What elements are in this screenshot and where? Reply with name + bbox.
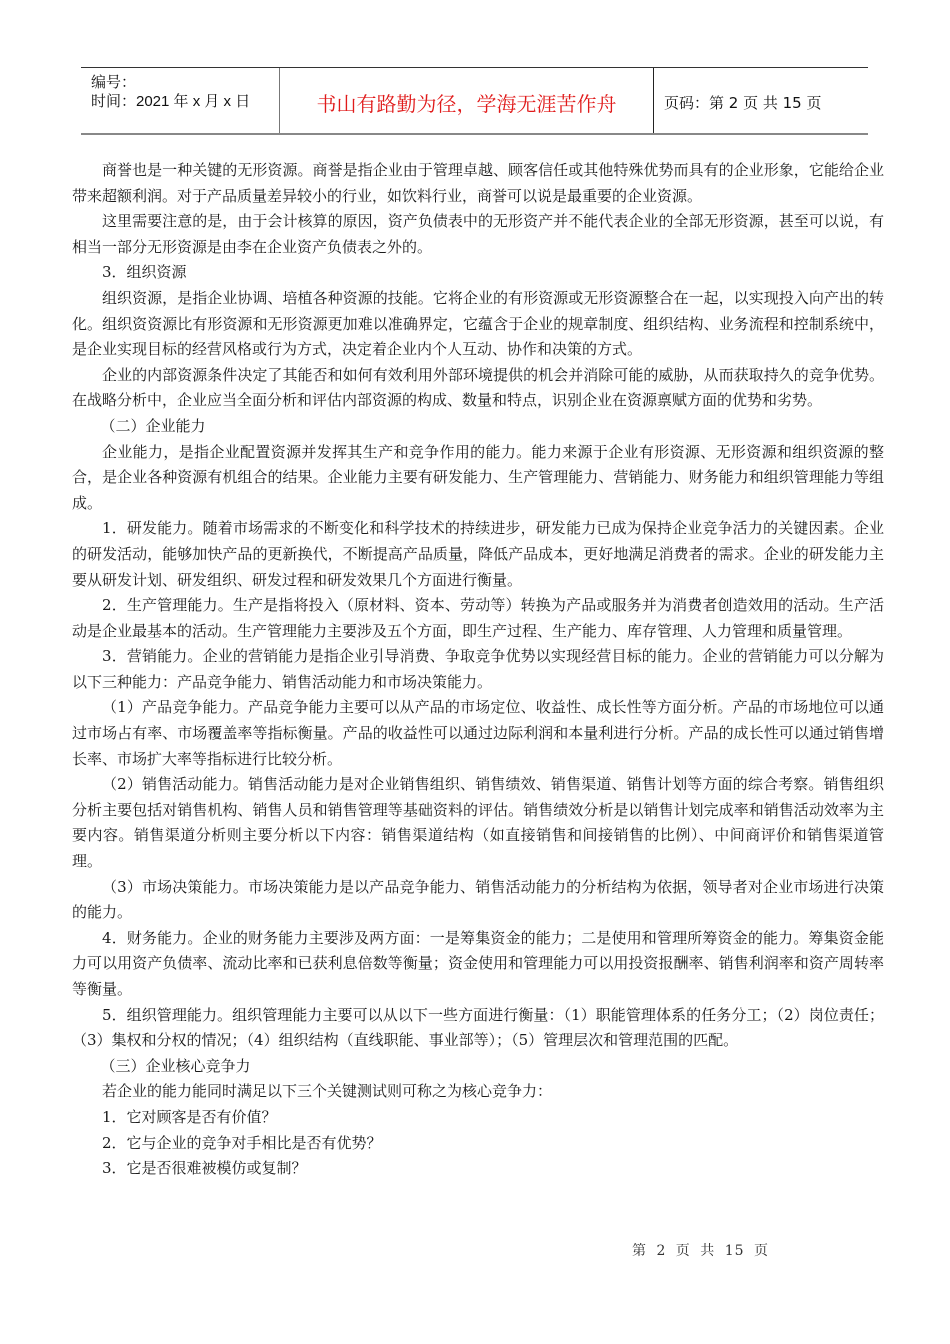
paragraph-product-competitiveness: （1）产品竞争能力。产品竞争能力主要可以从产品的市场定位、收益性、成长性等方面分… bbox=[72, 695, 884, 772]
paragraph-org-resources: 组织资源，是指企业协调、培植各种资源的技能。它将企业的有形资源或无形资源整合在一… bbox=[72, 286, 884, 363]
paragraph-goodwill: 商誉也是一种关键的无形资源。商誉是指企业由于管理卓越、顾客信任或其他特殊优势而具… bbox=[72, 158, 884, 209]
section-heading-capability: （二）企业能力 bbox=[72, 414, 884, 440]
document-number-label: 编号： bbox=[91, 73, 279, 92]
paragraph-market-decision: （3）市场决策能力。市场决策能力是以产品竞争能力、销售活动能力的分析结构为依据，… bbox=[72, 875, 884, 926]
section-heading-core-competence: （三）企业核心竞争力 bbox=[72, 1054, 884, 1080]
paragraph-rd-capability: 1．研发能力。随着市场需求的不断变化和科学技术的持续进步，研发能力已成为保持企业… bbox=[72, 516, 884, 593]
header-motto-cell: 书山有路勤为径，学海无涯苦作舟 bbox=[280, 68, 654, 133]
footer-page-number: 第 2 页 共 15 页 bbox=[632, 1243, 769, 1259]
paragraph-sales-capability: （2）销售活动能力。销售活动能力是对企业销售组织、销售绩效、销售渠道、销售计划等… bbox=[72, 772, 884, 874]
document-date-label: 时间：2021 年 x 月 x 日 bbox=[91, 92, 279, 111]
paragraph-internal-resources: 企业的内部资源条件决定了其能否和如何有效利用外部环境提供的机会并消除可能的威胁，… bbox=[72, 363, 884, 414]
paragraph-production-capability: 2．生产管理能力。生产是指将投入（原材料、资本、劳动等）转换为产品或服务并为消费… bbox=[72, 593, 884, 644]
header-page-cell: 页码：第 2 页 共 15 页 bbox=[654, 68, 868, 133]
paragraph-financial-capability: 4．财务能力。企业的财务能力主要涉及两方面：一是筹集资金的能力；二是使用和管理所… bbox=[72, 926, 884, 1003]
paragraph-marketing-capability: 3．营销能力。企业的营销能力是指企业引导消费、争取竞争优势以实现经营目标的能力。… bbox=[72, 644, 884, 695]
paragraph-intangible-note: 这里需要注意的是，由于会计核算的原因，资产负债表中的无形资产并不能代表企业的全部… bbox=[72, 209, 884, 260]
paragraph-org-management: 5．组织管理能力。组织管理能力主要可以从以下一些方面进行衡量：（1）职能管理体系… bbox=[72, 1003, 884, 1054]
paragraph-core-competence-intro: 若企业的能力能同时满足以下三个关键测试则可称之为核心竞争力： bbox=[72, 1079, 884, 1105]
document-header-table: 编号： 时间：2021 年 x 月 x 日 书山有路勤为径，学海无涯苦作舟 页码… bbox=[81, 67, 868, 135]
header-page-info: 页码：第 2 页 共 15 页 bbox=[664, 92, 821, 113]
header-motto: 书山有路勤为径，学海无涯苦作舟 bbox=[317, 88, 617, 117]
paragraph-capability-def: 企业能力，是指企业配置资源并发挥其生产和竞争作用的能力。能力来源于企业有形资源、… bbox=[72, 440, 884, 517]
list-item-test-3: 3．它是否很难被模仿或复制？ bbox=[72, 1156, 884, 1182]
list-item-test-1: 1．它对顾客是否有价值？ bbox=[72, 1105, 884, 1131]
header-meta-cell: 编号： 时间：2021 年 x 月 x 日 bbox=[81, 68, 280, 133]
section-heading-org-resources: 3．组织资源 bbox=[72, 260, 884, 286]
list-item-test-2: 2．它与企业的竞争对手相比是否有优势？ bbox=[72, 1131, 884, 1157]
document-body: 商誉也是一种关键的无形资源。商誉是指企业由于管理卓越、顾客信任或其他特殊优势而具… bbox=[72, 158, 884, 1182]
page-footer: 第 2 页 共 15 页 bbox=[632, 1240, 769, 1260]
